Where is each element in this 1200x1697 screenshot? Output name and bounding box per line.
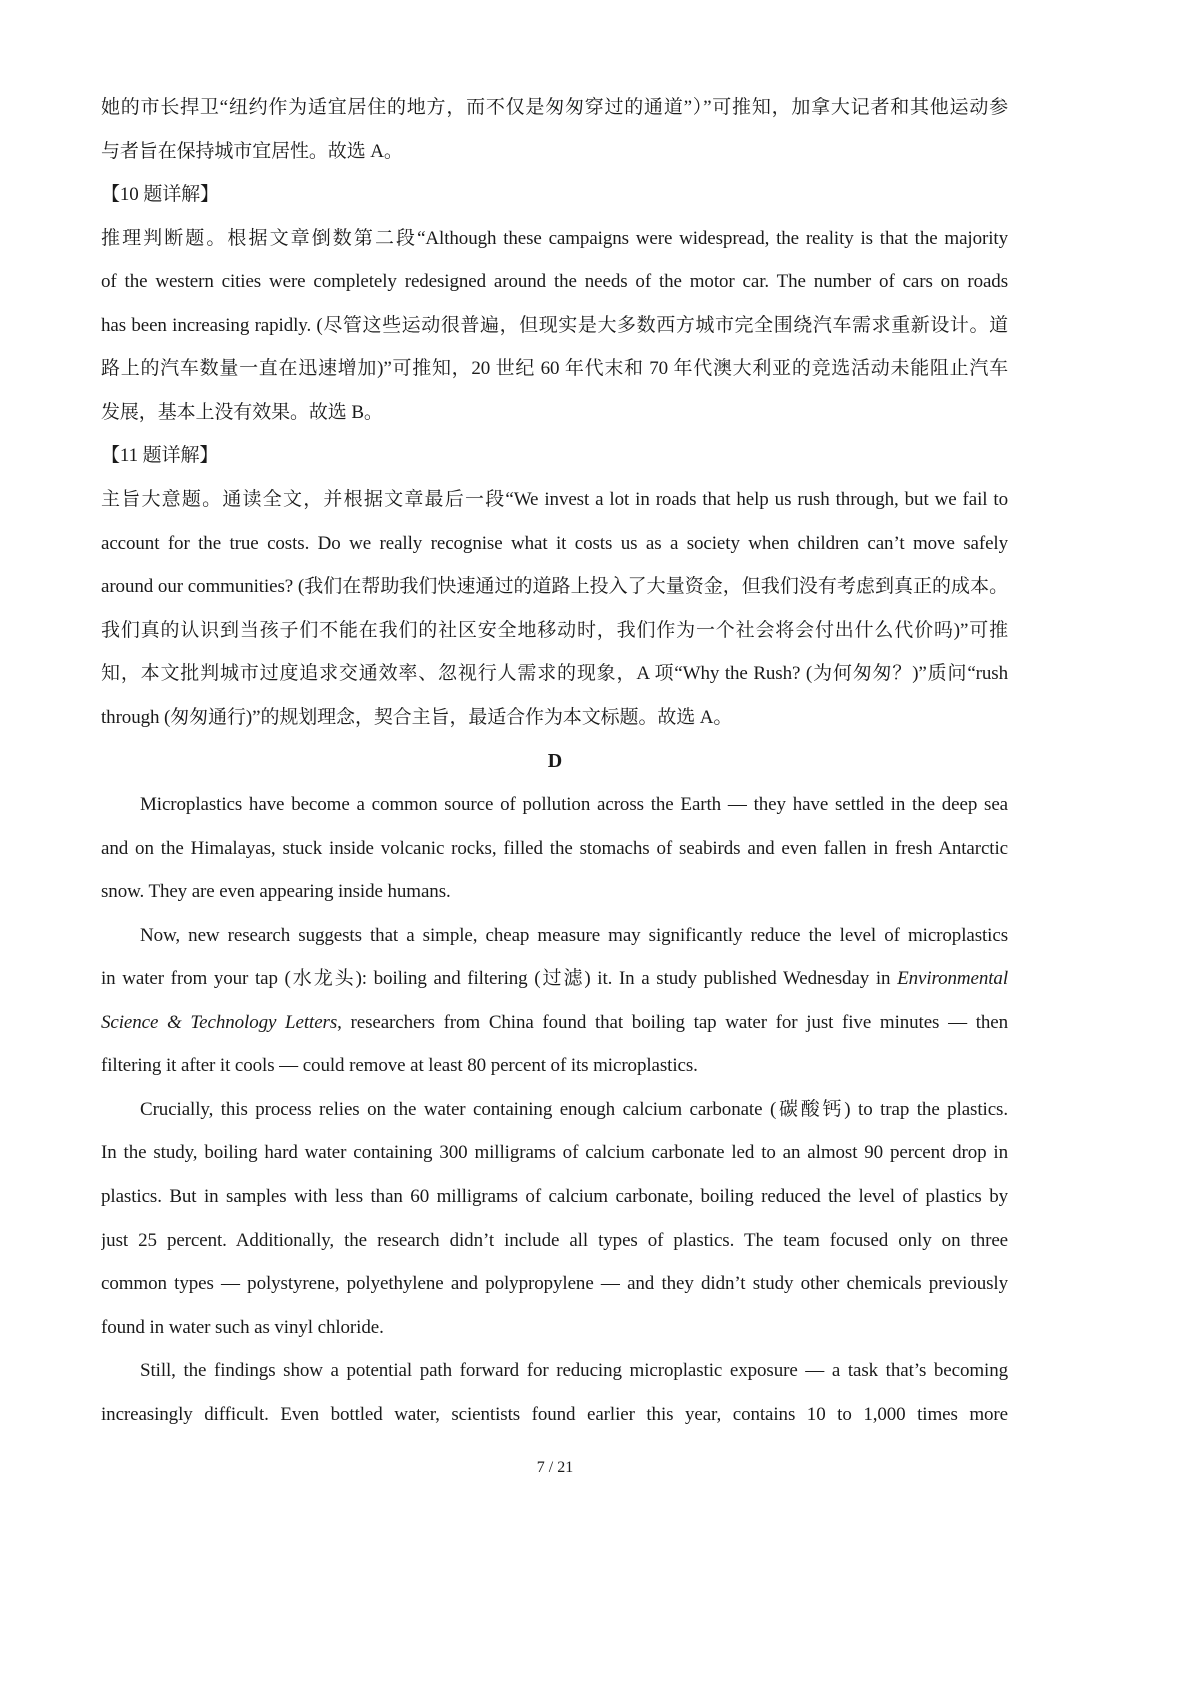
q11-explanation-line-1: 主旨大意题。通读全文，并根据文章最后一段“We invest a lot in … [101,488,1008,512]
passage-p1-line-1: Microplastics have become a common sourc… [140,793,1008,817]
q10-explanation-line-3: has been increasing rapidly. (尽管这些运动很普遍，… [101,314,1008,338]
q11-heading: 【11 题详解】 [101,444,1008,468]
passage-p3-line-3: plastics. But in samples with less than … [101,1185,1008,1209]
q10-explanation-line-1: 推理判断题。根据文章倒数第二段“Although these campaigns… [101,227,1008,251]
passage-p1-line-2: and on the Himalayas, stuck inside volca… [101,837,1008,861]
passage-p4-line-2: increasingly difficult. Even bottled wat… [101,1403,1008,1427]
passage-p3-line-2: In the study, boiling hard water contain… [101,1141,1008,1165]
passage-p2-line-3-text: , researchers from China found that boil… [337,1012,1008,1033]
document-page: 她的市长捍卫“纽约作为适宜居住的地方，而不仅是匆匆穿过的通道”）”可推知，加拿大… [0,0,1200,1697]
passage-p4-line-1: Still, the findings show a potential pat… [140,1359,1008,1383]
q11-explanation-line-6: through (匆匆通行)”的规划理念，契合主旨，最适合作为本文标题。故选 A… [101,706,1008,730]
journal-name-part-2: Science & Technology Letters [101,1012,337,1033]
q11-explanation-line-3: around our communities? (我们在帮助我们快速通过的道路上… [101,575,1008,599]
q11-explanation-line-4: 我们真的认识到当孩子们不能在我们的社区安全地移动时，我们作为一个社会将会付出什么… [101,619,1008,643]
q11-explanation-line-5: 知，本文批判城市过度追求交通效率、忽视行人需求的现象，A 项“Why the R… [101,662,1008,686]
q10-explanation-line-2: of the western cities were completely re… [101,270,1008,294]
passage-p1-line-3: snow. They are even appearing inside hum… [101,880,1008,904]
passage-p2-line-2-text: in water from your tap (水龙头): boiling an… [101,968,897,989]
q9-explanation-line-1: 她的市长捍卫“纽约作为适宜居住的地方，而不仅是匆匆穿过的通道”）”可推知，加拿大… [101,96,1008,120]
journal-name-part-1: Environmental [897,968,1008,989]
passage-p3-line-1: Crucially, this process relies on the wa… [140,1098,1008,1122]
q10-heading: 【10 题详解】 [101,183,1008,207]
q11-explanation-line-2: account for the true costs. Do we really… [101,532,1008,556]
passage-p2-line-4: filtering it after it cools — could remo… [101,1054,1008,1078]
passage-p2-line-3: Science & Technology Letters, researcher… [101,1011,1008,1035]
q9-explanation-line-2: 与者旨在保持城市宜居性。故选 A。 [101,140,1008,164]
passage-p3-line-5: common types — polystyrene, polyethylene… [101,1272,1008,1296]
passage-p3-line-4: just 25 percent. Additionally, the resea… [101,1229,1008,1253]
passage-p2-line-1: Now, new research suggests that a simple… [140,924,1008,948]
q10-explanation-line-5: 发展，基本上没有效果。故选 B。 [101,401,1008,425]
passage-p3-line-6: found in water such as vinyl chloride. [101,1316,1008,1340]
q10-explanation-line-4: 路上的汽车数量一直在迅速增加)”可推知，20 世纪 60 年代末和 70 年代澳… [101,357,1008,381]
section-d-heading: D [0,749,1110,773]
page-number: 7 / 21 [0,1458,1110,1478]
passage-p2-line-2: in water from your tap (水龙头): boiling an… [101,967,1008,991]
